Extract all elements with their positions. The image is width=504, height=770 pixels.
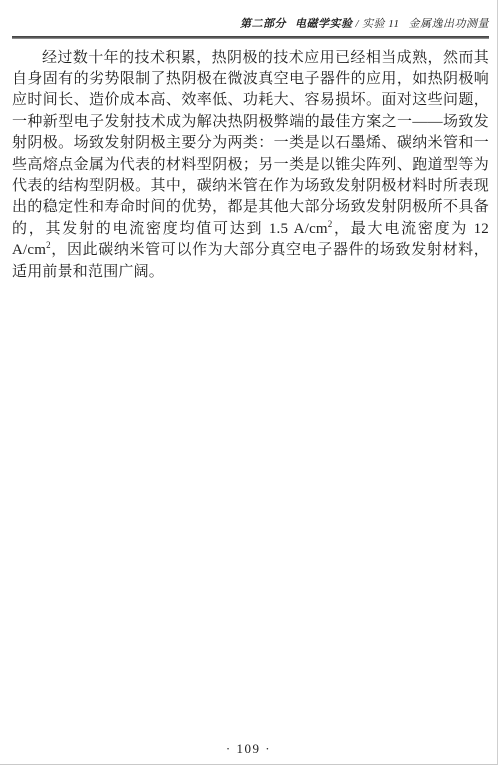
header-title: 金属逸出功测量 bbox=[409, 18, 490, 30]
page-content: 第二部分电磁学实验/实验 11金属逸出功测量 经过数十年的技术积累，热阴极的技术… bbox=[0, 15, 497, 283]
header-rule bbox=[12, 36, 489, 39]
page-sheet: 第二部分电磁学实验/实验 11金属逸出功测量 经过数十年的技术积累，热阴极的技术… bbox=[0, 0, 498, 765]
header-experiment: 实验 11 bbox=[362, 18, 399, 30]
header-separator: / bbox=[356, 18, 360, 30]
book-page: 第二部分电磁学实验/实验 11金属逸出功测量 经过数十年的技术积累，热阴极的技术… bbox=[0, 0, 504, 770]
header-subject: 电磁学实验 bbox=[295, 18, 353, 30]
paragraph-text: ，因此碳纳米管可以作为大部分真空电子器件的场致发射材料，适用前景和范围广阔。 bbox=[12, 242, 489, 279]
body-paragraph: 经过数十年的技术积累，热阴极的技术应用已经相当成熟，然而其自身固有的劣势限制了热… bbox=[12, 48, 489, 283]
page-number: · 109 · bbox=[0, 741, 497, 757]
running-header: 第二部分电磁学实验/实验 11金属逸出功测量 bbox=[12, 15, 489, 31]
header-section: 第二部分 bbox=[240, 18, 286, 30]
paragraph-text: 经过数十年的技术积累，热阴极的技术应用已经相当成熟，然而其自身固有的劣势限制了热… bbox=[12, 50, 489, 237]
